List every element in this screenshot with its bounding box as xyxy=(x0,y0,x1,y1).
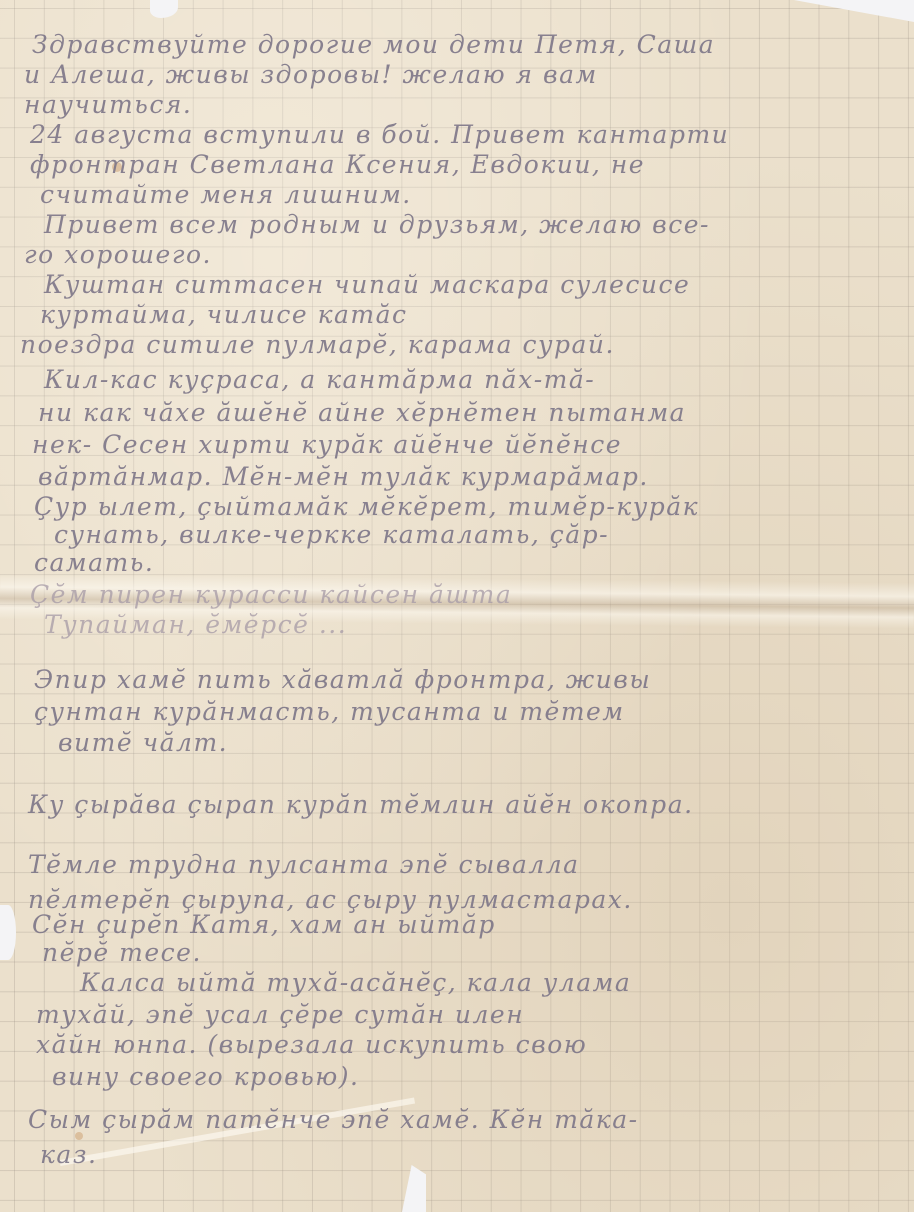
letter-line: поездра ситиле пулмарĕ, карама сурай. xyxy=(20,330,615,359)
letter-line: вăртăнмар. Мĕн-мĕн тулăк курмарăмар. xyxy=(38,462,649,491)
letter-line: хăйн юнпа. (вырезала искупить свою xyxy=(36,1030,587,1059)
letter-line: Сĕн çирĕп Катя, хам ан ыйтăр xyxy=(32,910,496,939)
letter-line: го хорошего. xyxy=(24,240,212,269)
letter-line: 24 августа вступили в бой. Привет кантар… xyxy=(30,120,729,149)
letter-line: нек- Сесен хирти курăк айĕнче йĕпĕнсе xyxy=(32,430,622,459)
letter-line: Кил-кас куçраса, а кантăрма пăх-тă- xyxy=(44,365,595,394)
letter-line: Тупайман, ĕмĕрсĕ ... xyxy=(44,610,347,639)
letter-line: научиться. xyxy=(24,90,192,119)
letter-line: çунтан курăнмасть, тусанта и тĕтем xyxy=(34,697,625,726)
letter-line: и Алеша, живы здоровы! желаю я вам xyxy=(24,60,598,89)
letter-line: каз. xyxy=(40,1140,97,1169)
letter-line: витĕ чăлт. xyxy=(58,728,228,757)
letter-line: ни как чăхе ăшĕнĕ айне хĕрнĕтен пытанма xyxy=(38,398,686,427)
handwritten-letter: Здравствуйте дорогие мои дети Петя, Саша… xyxy=(0,0,914,1212)
letter-line: Привет всем родным и друзьям, желаю все- xyxy=(44,210,710,239)
letter-line: Эпир хамĕ пить хăватлă фронтра, живы xyxy=(34,665,651,694)
letter-line: Здравствуйте дорогие мои дети Петя, Саша xyxy=(32,30,715,59)
letter-line: Тĕмле трудна пулсанта эпĕ сывалла xyxy=(28,850,580,879)
letter-line: сунать, вилке-черкке каталать, çăр- xyxy=(54,520,609,549)
letter-line: куртайма, чилисе катăс xyxy=(40,300,408,329)
letter-line: пĕрĕ тесе. xyxy=(42,938,202,967)
letter-line: считайте меня лишним. xyxy=(40,180,412,209)
letter-line: самать. xyxy=(34,548,154,577)
letter-line: Ку çырăва çырап курăп тĕмлин айĕн окопра… xyxy=(28,790,694,819)
letter-line: фронтран Светлана Ксения, Евдокии, не xyxy=(30,150,645,179)
letter-line: Калса ыйтă тухă-асăнĕç, кала улама xyxy=(80,968,631,997)
letter-line: Куштан ситтасен чипай маскара сулесисе xyxy=(44,270,690,299)
letter-line: вину своего кровью). xyxy=(52,1062,359,1091)
letter-line: Çур ылет, çыйтамăк мĕкĕрет, тимĕр-курăк xyxy=(34,492,699,521)
letter-line: Çĕм пирен курасси кайсен ăшта xyxy=(30,580,512,609)
letter-line: тухăй, эпĕ усал çĕре сутăн илен xyxy=(36,1000,524,1029)
letter-line: Сым çырăм патĕнче эпĕ хамĕ. Кĕн тăка- xyxy=(28,1105,639,1134)
